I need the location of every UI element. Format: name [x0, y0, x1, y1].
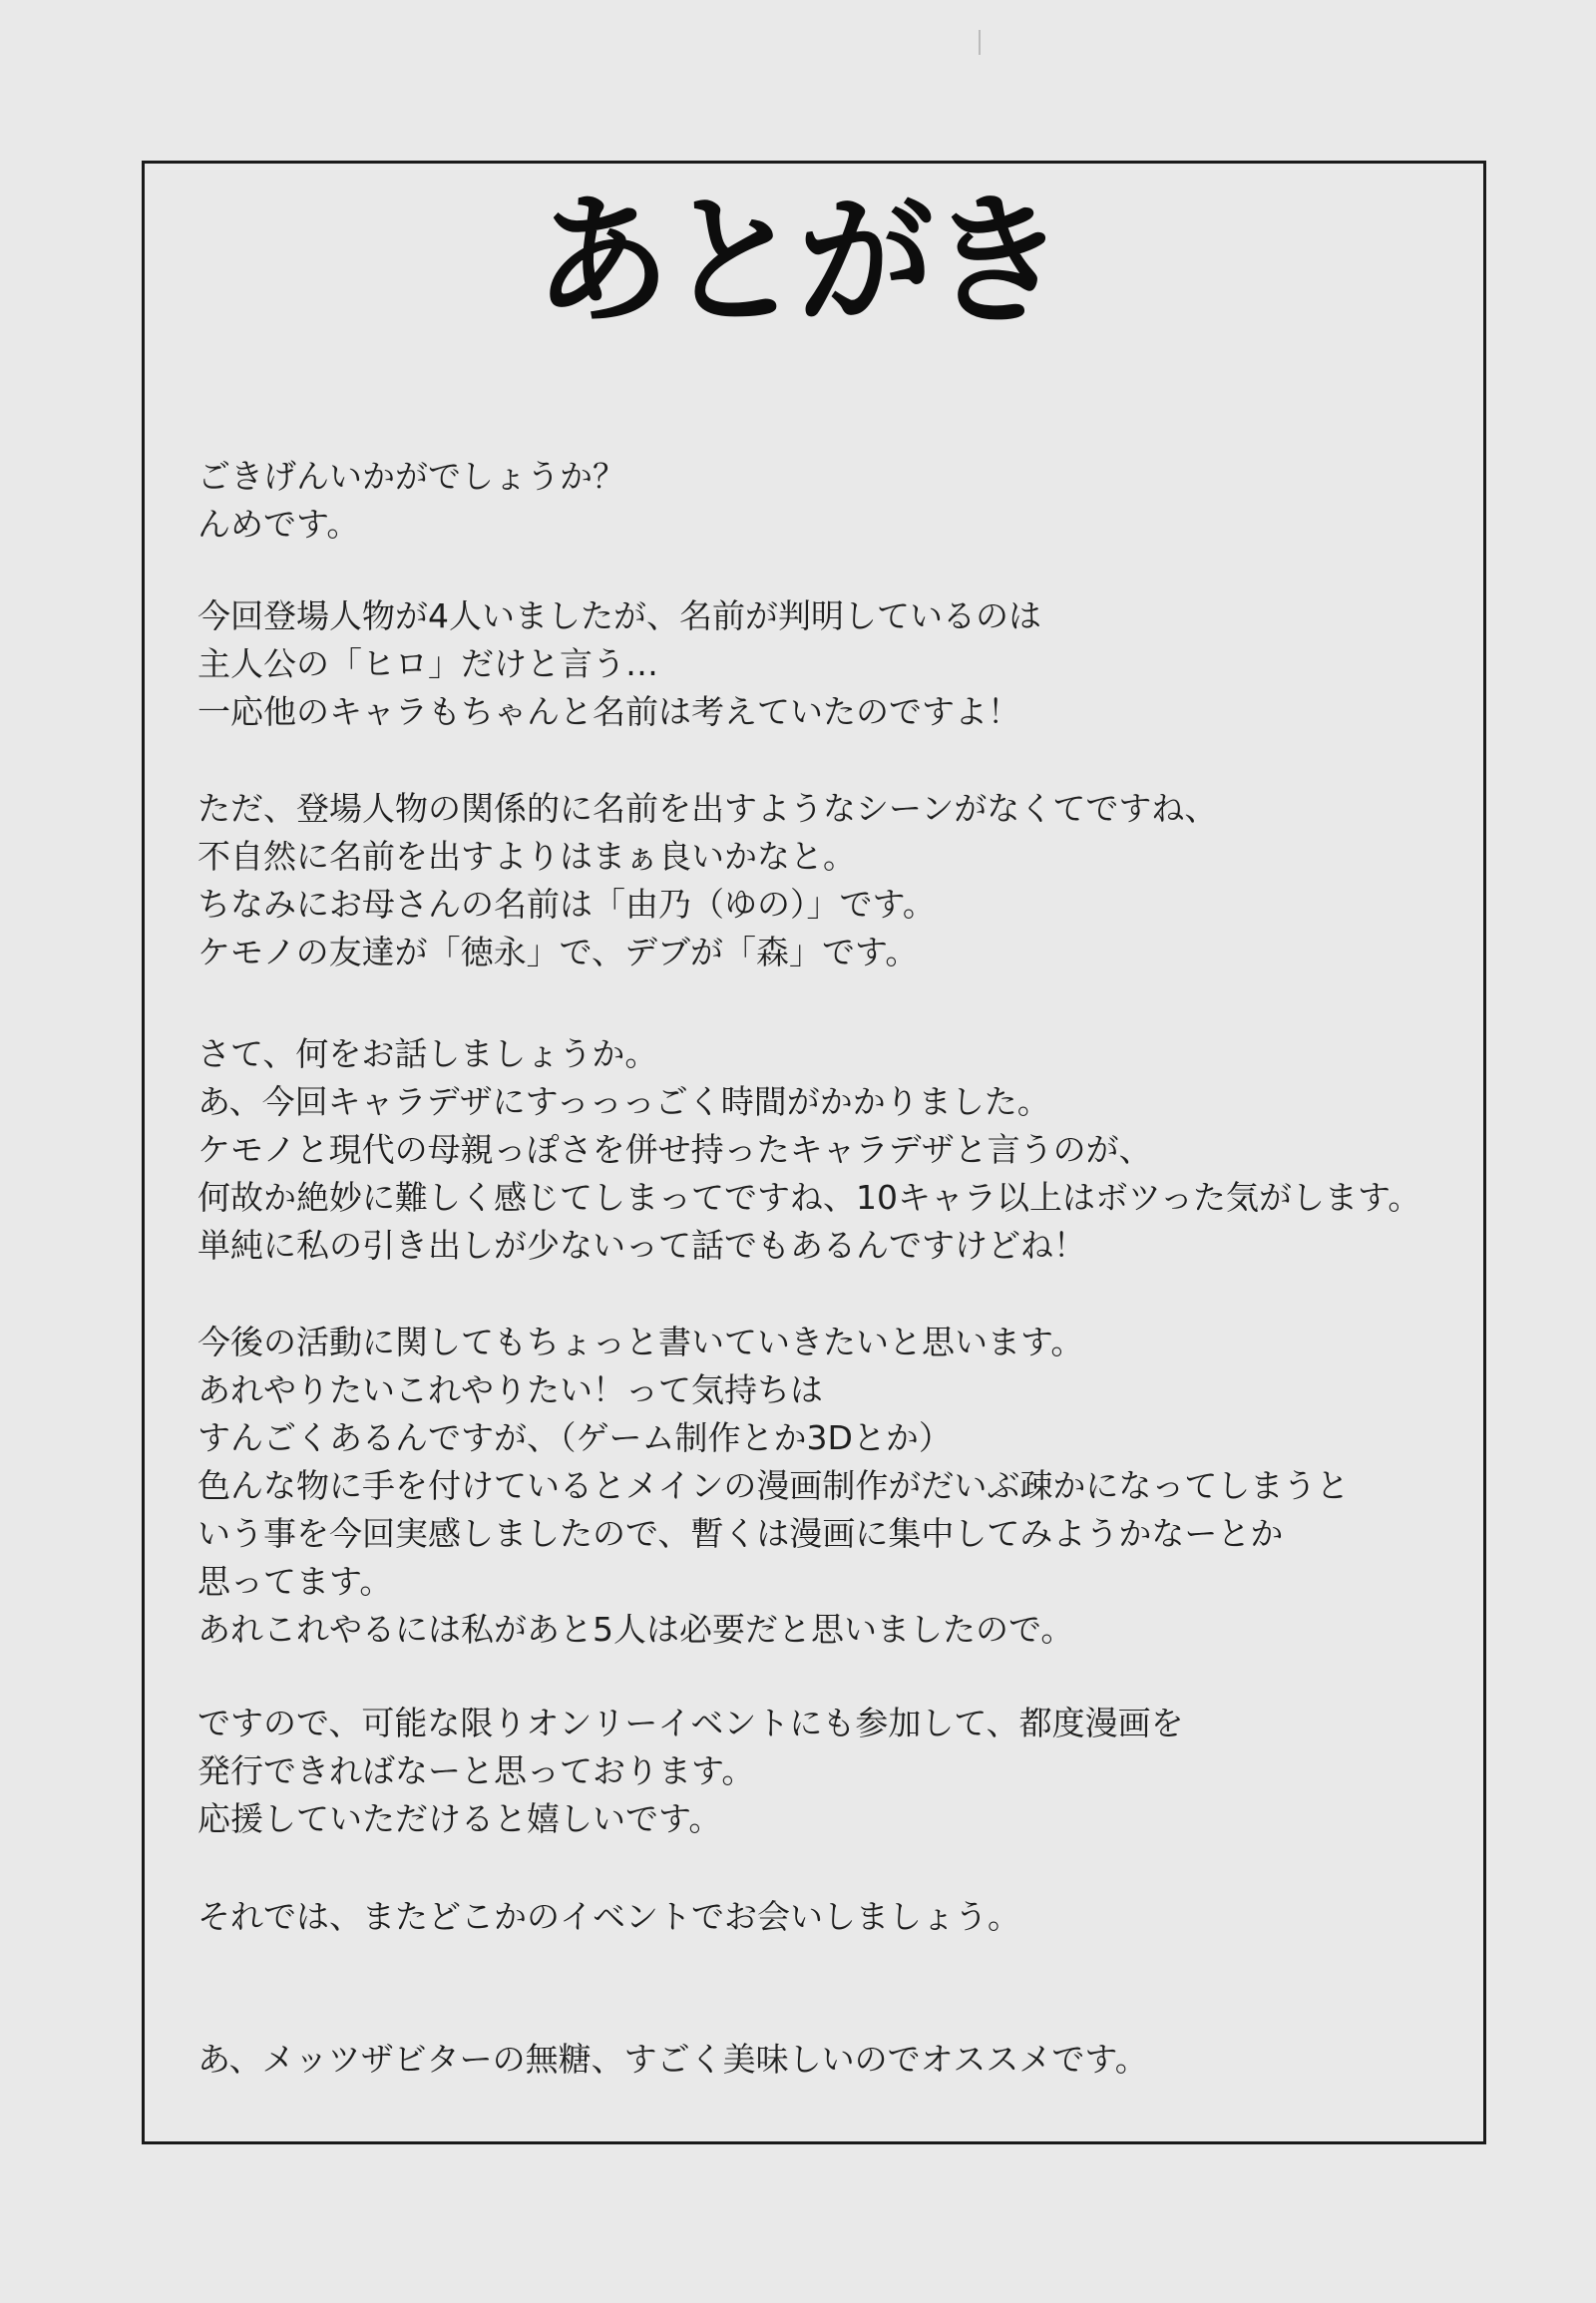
text-line: んめです。	[198, 501, 625, 549]
text-line: 主人公の「ヒロ」だけと言う…	[198, 640, 1041, 688]
text-line: 色んな物に手を付けているとメインの漫画制作がだいぶ疎かになってしまうと	[198, 1462, 1349, 1510]
text-line: ケモノの友達が「徳永」で、デブが「森」です。	[198, 929, 1217, 976]
text-line: ただ、登場人物の関係的に名前を出すようなシーンがなくてですね、	[198, 785, 1217, 833]
text-line: すんごくあるんですが、（ゲーム制作とか3Dとか）	[198, 1414, 1349, 1462]
text-line: 思ってます。	[198, 1558, 1349, 1606]
text-line: 今回登場人物が4人いましたが、名前が判明しているのは	[198, 592, 1041, 640]
text-line: ごきげんいかがでしょうか？	[198, 453, 625, 501]
crop-mark	[979, 30, 981, 55]
text-line: 発行できればなーと思っております。	[198, 1747, 1184, 1795]
text-line: あれやりたいこれやりたい！って気持ちは	[198, 1366, 1349, 1414]
text-line: あ、今回キャラデザにすっっっごく時間がかかりました。	[198, 1078, 1420, 1126]
paragraph: あ、メッツザビターの無糖、すごく美味しいのでオススメです。	[198, 2036, 1148, 2084]
paragraph: ですので、可能な限りオンリーイベントにも参加して、都度漫画を発行できればなーと思…	[198, 1700, 1184, 1843]
text-line: 今後の活動に関してもちょっと書いていきたいと思います。	[198, 1319, 1349, 1366]
text-line: ケモノと現代の母親っぽさを併せ持ったキャラデザと言うのが、	[198, 1126, 1420, 1174]
paragraph: それでは、またどこかのイベントでお会いしましょう。	[198, 1893, 1020, 1941]
text-line: あれこれやるには私があと5人は必要だと思いましたので。	[198, 1606, 1349, 1654]
page-title: あとがき	[0, 184, 1596, 341]
text-line: いう事を今回実感しましたので、暫くは漫画に集中してみようかなーとか	[198, 1510, 1349, 1558]
text-line: 単純に私の引き出しが少ないって話でもあるんですけどね！	[198, 1222, 1420, 1270]
paragraph: ただ、登場人物の関係的に名前を出すようなシーンがなくてですね、不自然に名前を出す…	[198, 785, 1217, 976]
text-line: 不自然に名前を出すよりはまぁ良いかなと。	[198, 833, 1217, 881]
paragraph: ごきげんいかがでしょうか？んめです。	[198, 453, 625, 549]
paragraph: 今後の活動に関してもちょっと書いていきたいと思います。あれやりたいこれやりたい！…	[198, 1319, 1349, 1654]
paragraph: 今回登場人物が4人いましたが、名前が判明しているのは主人公の「ヒロ」だけと言う……	[198, 592, 1041, 736]
text-line: 何故か絶妙に難しく感じてしまってですね、10キャラ以上はボツった気がします。	[198, 1174, 1420, 1222]
text-line: さて、何をお話しましょうか。	[198, 1030, 1420, 1078]
text-line: あ、メッツザビターの無糖、すごく美味しいのでオススメです。	[198, 2036, 1148, 2084]
text-line: ちなみにお母さんの名前は「由乃（ゆの）」です。	[198, 881, 1217, 929]
text-line: 一応他のキャラもちゃんと名前は考えていたのですよ！	[198, 688, 1041, 736]
text-line: 応援していただけると嬉しいです。	[198, 1795, 1184, 1843]
text-line: それでは、またどこかのイベントでお会いしましょう。	[198, 1893, 1020, 1941]
paragraph: さて、何をお話しましょうか。あ、今回キャラデザにすっっっごく時間がかかりました。…	[198, 1030, 1420, 1270]
text-line: ですので、可能な限りオンリーイベントにも参加して、都度漫画を	[198, 1700, 1184, 1747]
